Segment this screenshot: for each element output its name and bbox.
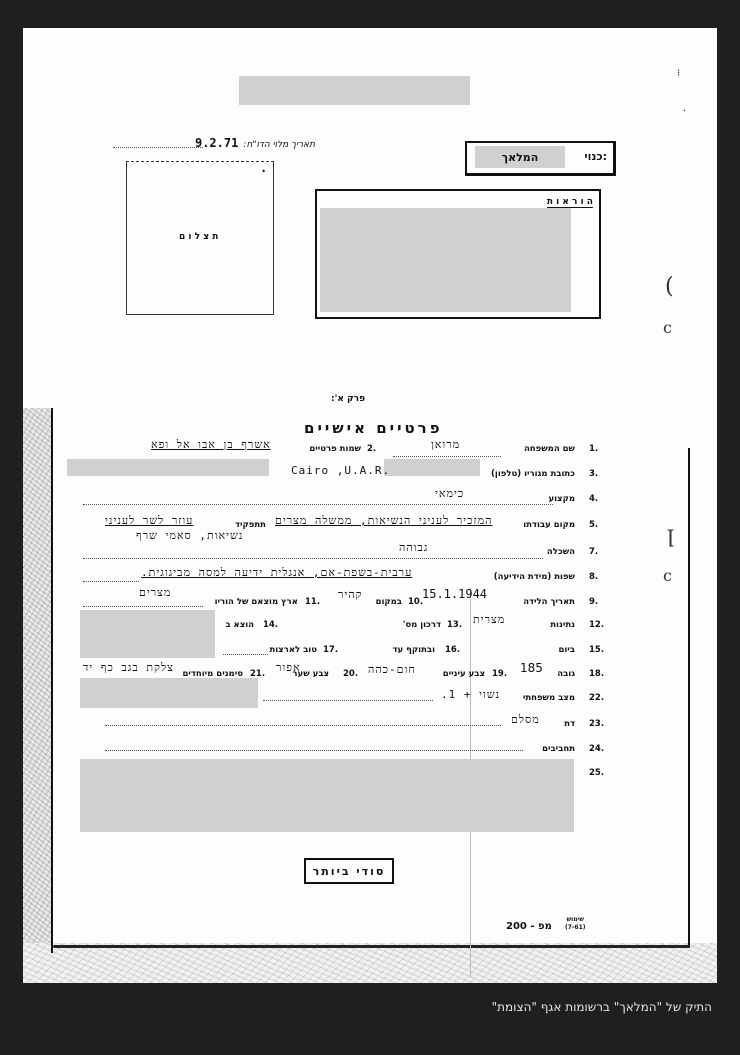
field-7-number: 7. bbox=[589, 547, 598, 557]
margin-mark: c bbox=[663, 566, 672, 585]
field-5-number: 5. bbox=[589, 520, 598, 530]
frame-line-left bbox=[51, 408, 53, 953]
margin-mark: ( bbox=[665, 274, 674, 299]
redaction-instructions bbox=[320, 208, 571, 312]
scanned-document: ⁝ · ( c ꞁ c תאריך מלוי הדו"ח: 9.2.71 כנו… bbox=[23, 28, 717, 983]
field-7-line bbox=[83, 558, 543, 559]
field-11-line bbox=[83, 606, 203, 607]
field-4-number: 4. bbox=[589, 494, 598, 504]
redaction-address bbox=[384, 459, 480, 476]
field-23-value: מסלם bbox=[511, 713, 540, 726]
codename-value: המלאך bbox=[502, 151, 539, 164]
field-8-value: ערבית-בשפת-אם, אנגלית ידיעה למסה מביגוגי… bbox=[141, 566, 412, 579]
field-9-value: 15.1.1944 bbox=[422, 587, 487, 601]
field-17-label: טוב לארצות bbox=[269, 645, 317, 655]
field-24-label: תחביבים bbox=[542, 744, 575, 754]
redaction-field-25 bbox=[80, 759, 574, 832]
scan-noise-left bbox=[23, 408, 51, 983]
date-dotted-line bbox=[113, 147, 203, 148]
field-5-role-value: עוזר לשר לעניני bbox=[105, 514, 193, 527]
report-date-row: תאריך מלוי הדו"ח: 9.2.71 bbox=[195, 132, 315, 151]
field-11-number: 11. bbox=[305, 597, 320, 607]
field-8-line bbox=[83, 581, 139, 582]
field-3-number: 3. bbox=[589, 469, 598, 479]
field-18-number: 18. bbox=[589, 669, 604, 679]
field-8-label: שפות (מידת הידיעה) bbox=[494, 572, 575, 582]
field-5-value-line2: נשיאות, סאמי שרף bbox=[136, 529, 243, 542]
image-caption: התיק של "המלאך" ברשומות אגף "הצומת" bbox=[492, 1000, 712, 1014]
report-date-label: תאריך מלוי הדו"ח: bbox=[243, 140, 315, 150]
field-22-label: מצב משפחתי bbox=[523, 693, 575, 703]
form-number: מפ - 200 bbox=[506, 921, 552, 932]
field-1-line bbox=[393, 456, 501, 457]
photo-dot: • bbox=[261, 167, 266, 176]
field-22-number: 22. bbox=[589, 693, 604, 703]
codename-label: כנוי: bbox=[584, 150, 607, 163]
field-19-value: חום-כהה bbox=[368, 663, 416, 676]
field-13-number: 13. bbox=[447, 620, 462, 630]
margin-mark: ꞁ bbox=[667, 522, 674, 547]
margin-dots: · bbox=[683, 106, 686, 117]
redaction-phone bbox=[67, 459, 269, 476]
frame-line-bottom bbox=[53, 945, 690, 948]
field-18-value: 185 bbox=[520, 661, 543, 675]
form-code-top: שימוש bbox=[565, 916, 586, 924]
redaction-passport bbox=[80, 610, 215, 658]
field-12-label: נתינות bbox=[550, 620, 575, 630]
field-22-value: נשוי + 1. bbox=[441, 688, 500, 701]
field-19-number: 19. bbox=[492, 669, 507, 679]
field-24-line bbox=[105, 750, 523, 751]
section-label: פרק א': bbox=[331, 394, 365, 404]
field-1-value: מרואן bbox=[431, 438, 460, 451]
section-title: פרטיים אישיים bbox=[304, 419, 443, 437]
classification-stamp: סודי ביותר bbox=[304, 858, 394, 884]
field-3-label: כתובת מגוריו (טלפון) bbox=[491, 469, 575, 479]
field-14-label: הוצא ב bbox=[225, 620, 254, 630]
field-23-number: 23. bbox=[589, 719, 604, 729]
field-15-number: 15. bbox=[589, 645, 604, 655]
field-9-number: 9. bbox=[589, 597, 598, 607]
field-21-value: צלקת בגב כף יד bbox=[83, 661, 174, 674]
instructions-box: ה ו ר א ו ת bbox=[315, 189, 601, 319]
margin-dots: ⁝ bbox=[677, 68, 680, 79]
field-18-label: גובה bbox=[557, 669, 575, 679]
field-2-number: 2. bbox=[367, 444, 376, 454]
instructions-label: ה ו ר א ו ת bbox=[547, 197, 593, 208]
field-4-line bbox=[83, 504, 553, 505]
field-10-label: במקום bbox=[376, 597, 402, 607]
field-10-number: 10. bbox=[408, 597, 423, 607]
field-11-label: ארץ מוצאם של הוריו bbox=[215, 597, 298, 607]
scan-noise-bottom bbox=[23, 943, 717, 983]
redaction-top bbox=[239, 76, 470, 105]
field-2-label: שמות פרטיים bbox=[309, 444, 361, 454]
codename-box: כנוי: המלאך bbox=[465, 141, 616, 176]
field-1-number: 1. bbox=[589, 444, 598, 454]
field-14-number: 14. bbox=[263, 620, 278, 630]
field-7-value: גבוהה bbox=[399, 541, 428, 554]
field-19-label: צבע עיניים bbox=[443, 669, 485, 679]
field-17-line bbox=[223, 654, 268, 655]
field-4-label: מקצוע bbox=[548, 494, 575, 504]
field-7-label: השכלה bbox=[547, 547, 575, 557]
frame-line-right bbox=[688, 448, 690, 948]
field-22-line bbox=[263, 700, 433, 701]
field-1-label: שם המשפחה bbox=[524, 444, 575, 454]
form-code: שימוש (7-61) bbox=[565, 916, 586, 932]
field-17-number: 17. bbox=[323, 645, 338, 655]
field-10-value: קהיר bbox=[338, 588, 363, 601]
form-code-bottom: (7-61) bbox=[565, 924, 586, 932]
codename-highlight: המלאך bbox=[475, 146, 565, 168]
field-12-value: מצרית bbox=[473, 613, 505, 626]
field-23-line bbox=[105, 725, 501, 726]
margin-mark: c bbox=[663, 318, 672, 337]
field-16-number: 16. bbox=[445, 645, 460, 655]
field-13-label: דרכון מס' bbox=[403, 620, 441, 630]
field-5-value: המזכיר לעניני הנשיאות, ממשלה מצרים bbox=[275, 514, 492, 527]
field-9-label: תאריך הלידה bbox=[523, 597, 575, 607]
field-12-number: 12. bbox=[589, 620, 604, 630]
redaction-family bbox=[80, 678, 258, 708]
photo-label: ת צ ל ו ם bbox=[179, 232, 218, 242]
field-5-label: מקום עבודתו bbox=[523, 520, 575, 530]
field-8-number: 8. bbox=[589, 572, 598, 582]
field-24-number: 24. bbox=[589, 744, 604, 754]
photo-placeholder: • ת צ ל ו ם bbox=[126, 161, 274, 315]
field-20-value: אפור bbox=[276, 661, 301, 674]
field-25-number: 25. bbox=[589, 768, 604, 778]
field-20-number: 20. bbox=[343, 669, 358, 679]
field-2-value: אשרף בן אבו אל ופא bbox=[151, 438, 271, 451]
field-3-value: Cairo ,U.A.R. bbox=[291, 464, 390, 477]
field-11-value: מצרים bbox=[139, 586, 171, 599]
field-16-label: ובתוקף עד bbox=[393, 645, 435, 655]
field-15-label: ביום bbox=[558, 645, 575, 655]
field-23-label: דת bbox=[564, 719, 575, 729]
field-4-value: כימאי bbox=[435, 487, 464, 500]
